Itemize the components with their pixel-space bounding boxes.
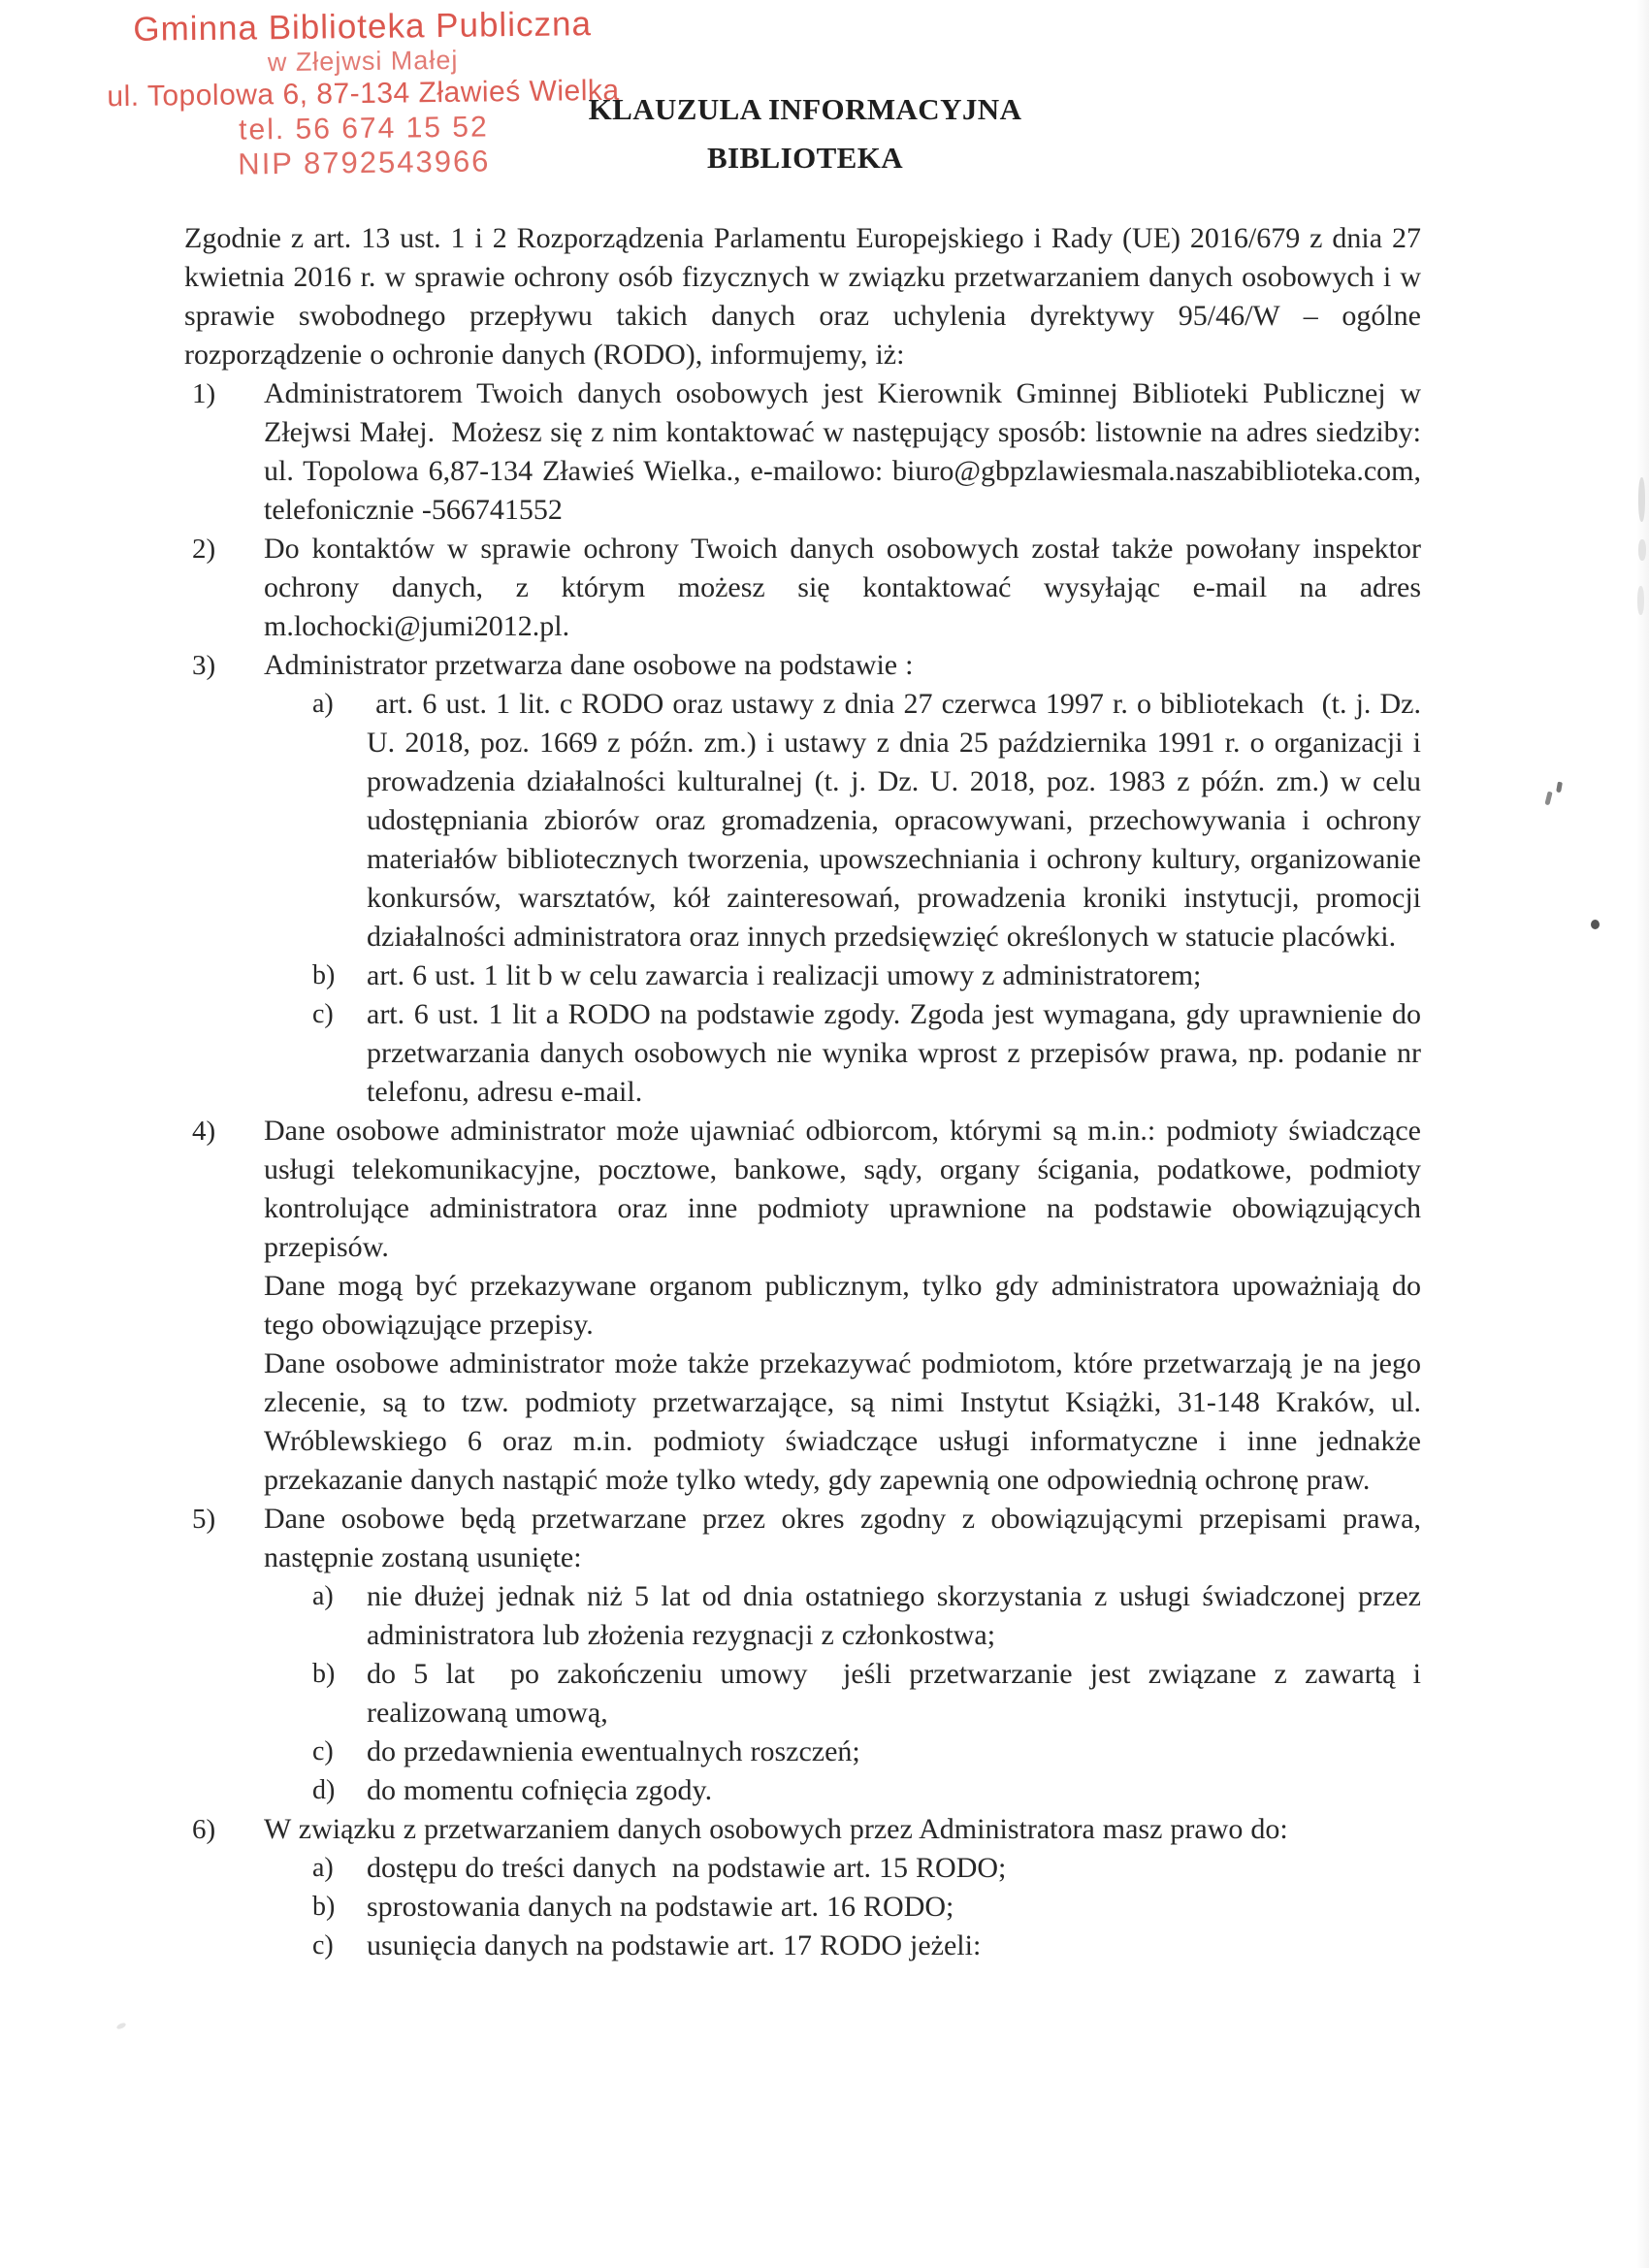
list-item-5b: b) do 5 lat po zakończeniu umowy jeśli p…	[312, 1655, 1421, 1733]
stamp-line-institution: Gminna Biblioteka Publiczna	[98, 5, 627, 50]
item-6a-letter: a)	[312, 1849, 334, 1888]
item-4-text: Dane osobowe administrator może ujawniać…	[264, 1112, 1421, 1267]
item-6b-text: sprostowania danych na podstawie art. 16…	[367, 1888, 1421, 1927]
item-4-paragraph-2: Dane mogą być przekazywane organom publi…	[264, 1267, 1421, 1345]
item-1-number: 1)	[192, 374, 215, 413]
item-3c-text: art. 6 ust. 1 lit a RODO na podstawie zg…	[367, 995, 1421, 1112]
item-4-paragraph-3: Dane osobowe administrator może także pr…	[264, 1345, 1421, 1500]
list-item-5d: d) do momentu cofnięcia zgody.	[312, 1771, 1421, 1810]
item-1-text: Administratorem Twoich danych osobowych …	[264, 374, 1421, 530]
scan-edge-blob	[1637, 586, 1644, 615]
item-5-text: Dane osobowe będą przetwarzane przez okr…	[264, 1500, 1421, 1577]
intro-paragraph: Zgodnie z art. 13 ust. 1 i 2 Rozporządze…	[184, 219, 1421, 374]
item-3b-text: art. 6 ust. 1 lit b w celu zawarcia i re…	[367, 956, 1421, 995]
title-line-1: KLAUZULA INFORMACYJNA	[504, 85, 1106, 134]
list-item-6c: c) usunięcia danych na podstawie art. 17…	[312, 1927, 1421, 1965]
item-6-text: W związku z przetwarzaniem danych osobow…	[264, 1810, 1421, 1849]
item-3a-text: art. 6 ust. 1 lit. c RODO oraz ustawy z …	[367, 685, 1421, 956]
list-item-3: 3) Administrator przetwarza dane osobowe…	[184, 646, 1421, 1112]
document-body: Zgodnie z art. 13 ust. 1 i 2 Rozporządze…	[184, 219, 1421, 1965]
title-line-2: BIBLIOTEKA	[504, 134, 1106, 182]
item-5c-text: do przedawnienia ewentualnych roszczeń;	[367, 1733, 1421, 1771]
ink-dot-mark	[1591, 920, 1600, 929]
item-3c-letter: c)	[312, 995, 334, 1034]
item-5d-text: do momentu cofnięcia zgody.	[367, 1771, 1421, 1810]
item-5a-text: nie dłużej jednak niż 5 lat od dnia osta…	[367, 1577, 1421, 1655]
item-3b-letter: b)	[312, 956, 335, 995]
item-4-number: 4)	[192, 1112, 215, 1150]
list-item-1: 1) Administratorem Twoich danych osobowy…	[184, 374, 1421, 530]
item-6b-letter: b)	[312, 1888, 335, 1927]
scan-edge-blob	[1638, 477, 1645, 522]
scan-edge-blob	[1638, 539, 1646, 561]
item-2-number: 2)	[192, 530, 215, 568]
item-5d-letter: d)	[312, 1771, 335, 1810]
list-item-6b: b) sprostowania danych na podstawie art.…	[312, 1888, 1421, 1927]
ink-mark	[1546, 782, 1566, 811]
item-5-number: 5)	[192, 1500, 215, 1539]
list-item-5a: a) nie dłużej jednak niż 5 lat od dnia o…	[312, 1577, 1421, 1655]
item-6c-text: usunięcia danych na podstawie art. 17 RO…	[367, 1927, 1421, 1965]
list-item-3a: a) art. 6 ust. 1 lit. c RODO oraz ustawy…	[312, 685, 1421, 956]
list-item-3c: c) art. 6 ust. 1 lit a RODO na podstawie…	[312, 995, 1421, 1112]
item-5b-text: do 5 lat po zakończeniu umowy jeśli prze…	[367, 1655, 1421, 1733]
scan-edge-artifact	[1636, 0, 1649, 2268]
list-item-4: 4) Dane osobowe administrator może ujawn…	[184, 1112, 1421, 1500]
item-2-text: Do kontaktów w sprawie ochrony Twoich da…	[264, 530, 1421, 646]
item-6c-letter: c)	[312, 1927, 334, 1965]
item-5c-letter: c)	[312, 1733, 334, 1771]
scanned-document-page: Gminna Biblioteka Publiczna w Złejwsi Ma…	[0, 0, 1649, 2268]
list-item-6a: a) dostępu do treści danych na podstawie…	[312, 1849, 1421, 1888]
item-5a-letter: a)	[312, 1577, 334, 1616]
list-item-3b: b) art. 6 ust. 1 lit b w celu zawarcia i…	[312, 956, 1421, 995]
list-item-5: 5) Dane osobowe będą przetwarzane przez …	[184, 1500, 1421, 1810]
list-item-6: 6) W związku z przetwarzaniem danych oso…	[184, 1810, 1421, 1965]
item-3-number: 3)	[192, 646, 215, 685]
item-5b-letter: b)	[312, 1655, 335, 1694]
item-6a-text: dostępu do treści danych na podstawie ar…	[367, 1849, 1421, 1888]
ink-speck-mark	[115, 2022, 126, 2030]
item-3a-letter: a)	[312, 685, 334, 724]
list-item-5c: c) do przedawnienia ewentualnych roszcze…	[312, 1733, 1421, 1771]
item-6-number: 6)	[192, 1810, 215, 1849]
list-item-2: 2) Do kontaktów w sprawie ochrony Twoich…	[184, 530, 1421, 646]
item-3-text: Administrator przetwarza dane osobowe na…	[264, 646, 1421, 685]
document-title: KLAUZULA INFORMACYJNA BIBLIOTEKA	[504, 85, 1106, 182]
